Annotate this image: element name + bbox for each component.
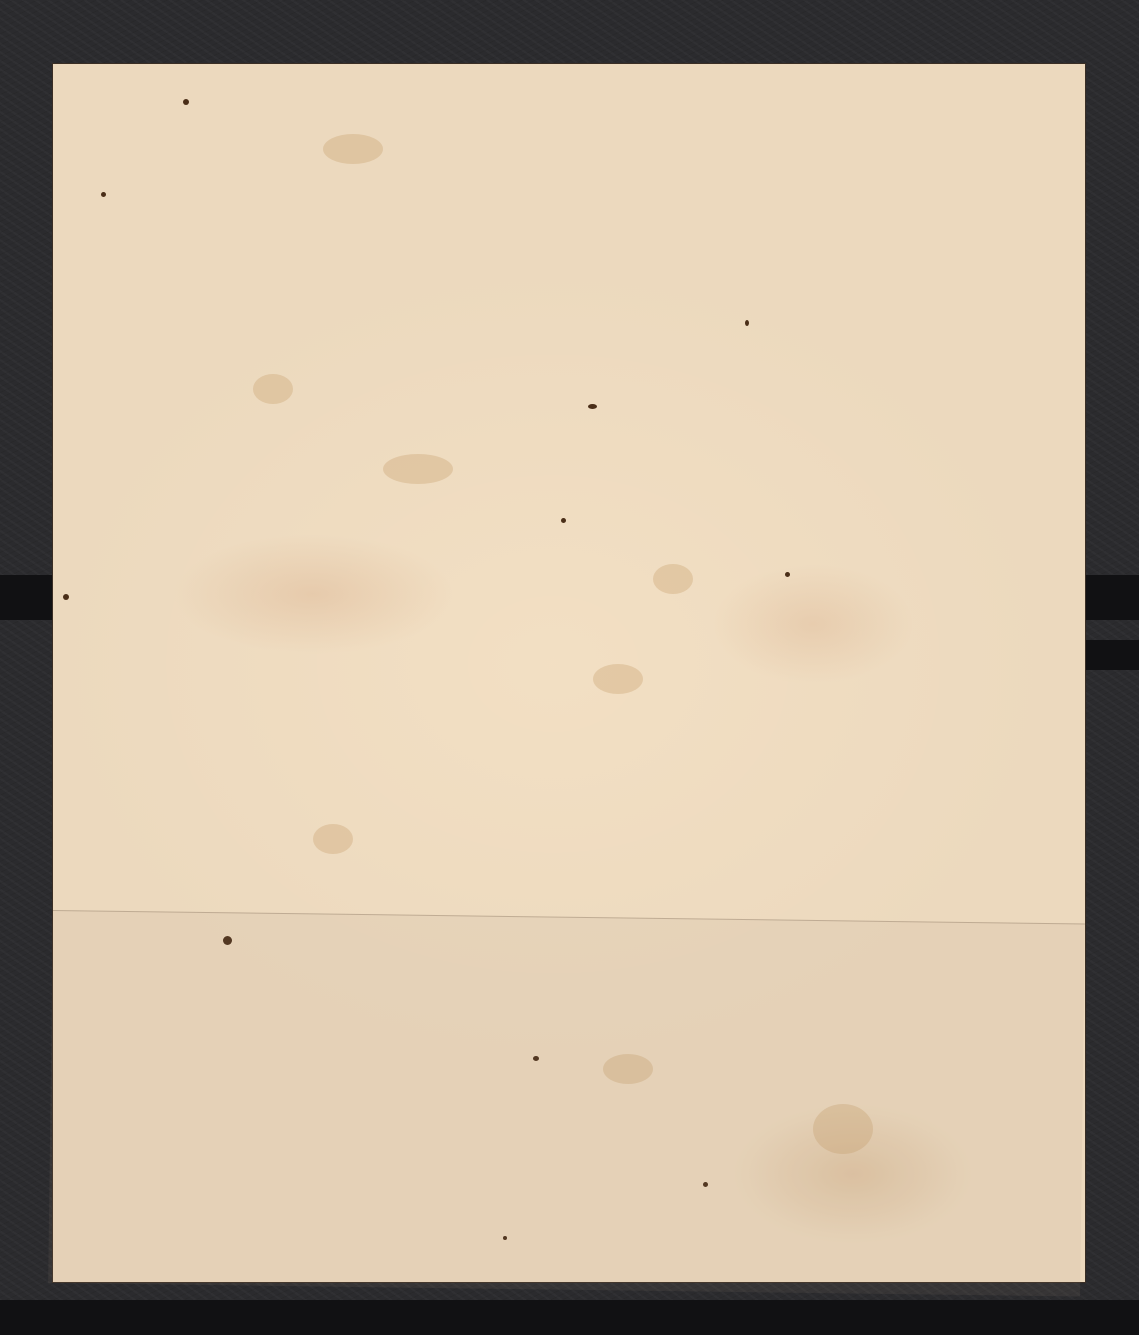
- gum-spot: [653, 564, 693, 594]
- gum-spot: [383, 454, 453, 484]
- stockbook-strip-bottom: [0, 1300, 1139, 1335]
- speck: [785, 572, 790, 577]
- speck: [63, 594, 69, 600]
- speck: [588, 404, 597, 409]
- clear-mount-strip: [48, 910, 1085, 1296]
- speck: [183, 99, 189, 105]
- stockbook-strip-shadow-right: [1085, 640, 1139, 670]
- speck: [745, 320, 749, 326]
- gum-spot: [323, 134, 383, 164]
- speck: [101, 192, 106, 197]
- gum-spot: [313, 824, 353, 854]
- speck: [561, 518, 566, 523]
- gum-spot: [593, 664, 643, 694]
- gum-spot: [253, 374, 293, 404]
